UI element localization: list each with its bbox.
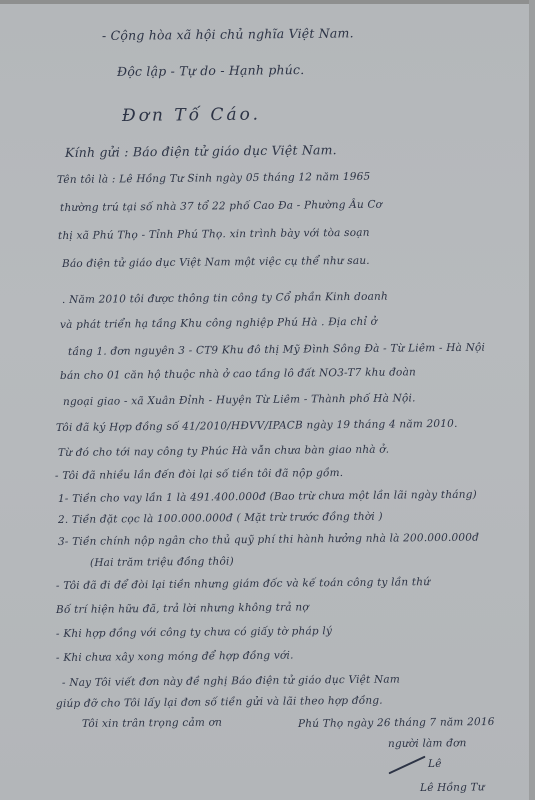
body-line: và phát triển hạ tầng Khu công nghiệp Ph… [60,316,377,331]
body-line: bán cho 01 căn hộ thuộc nhà ở cao tầng l… [60,366,416,382]
body-line: 1- Tiền cho vay lần 1 là 491.400.000đ (B… [58,489,477,505]
body-line: (Hai trăm triệu đồng thôi) [90,555,234,569]
body-line: Tên tôi là : Lê Hồng Tư Sinh ngày 05 thá… [57,171,370,186]
body-line: - Nay Tôi viết đơn này đề nghị Báo điện … [62,673,400,689]
signature-mark: Lê [428,758,442,770]
paper-sheet: - Cộng hòa xã hội chủ nghĩa Việt Nam. Độ… [0,4,529,800]
body-line: 2. Tiền đặt cọc là 100.000.000đ ( Mặt tr… [58,511,383,526]
body-line: Tôi đã ký Hợp đồng số 41/2010/HĐVV/IPACB… [56,418,458,434]
national-title: - Cộng hòa xã hội chủ nghĩa Việt Nam. [102,25,354,43]
body-line: 3- Tiền chính nộp ngân cho thủ quỹ phí t… [58,532,479,548]
signer-name: Lê Hồng Tư [420,781,485,794]
recipient-line: Kính gửi : Báo điện tử giáo dục Việt Nam… [65,142,337,160]
body-line: tầng 1. đơn nguyên 3 - CT9 Khu đô thị Mỹ… [68,342,485,358]
body-line: - Khi hợp đồng với công ty chưa có giấy … [56,625,332,640]
body-line: Báo điện tử giáo dục Việt Nam một việc c… [62,255,370,270]
body-line: - Tôi đã đi để đòi lại tiền nhưng giám đ… [56,576,430,592]
body-line: . Năm 2010 tôi được thông tin công ty Cổ… [62,291,388,306]
body-line: Tôi xin trân trọng cảm ơn [82,717,222,730]
national-motto: Độc lập - Tự do - Hạnh phúc. [117,62,305,79]
body-line: - Tôi đã nhiều lần đến đòi lại số tiền t… [55,467,343,482]
signer-role: người làm đơn [388,737,467,750]
place-date: Phú Thọ ngày 26 tháng 7 năm 2016 [298,716,495,730]
signature-stroke [388,756,425,775]
body-line: thường trú tại số nhà 37 tổ 22 phố Cao Đ… [60,199,382,214]
body-line: thị xã Phú Thọ - Tỉnh Phú Thọ. xin trình… [58,227,370,242]
body-line: Từ đó cho tới nay công ty Phúc Hà vẫn ch… [58,444,389,459]
body-line: Bố trí hiện hữu đã, trả lời nhưng không … [56,601,309,616]
body-line: ngoại giao - xã Xuân Đỉnh - Huyện Từ Liê… [63,392,416,408]
photo-right-edge [529,0,535,800]
letter-title: Đơn Tố Cáo. [122,105,261,126]
body-line: giúp đỡ cho Tôi lấy lại đơn số tiền gửi … [56,695,383,710]
body-line: - Khi chưa xây xong móng để hợp đồng với… [56,650,294,664]
